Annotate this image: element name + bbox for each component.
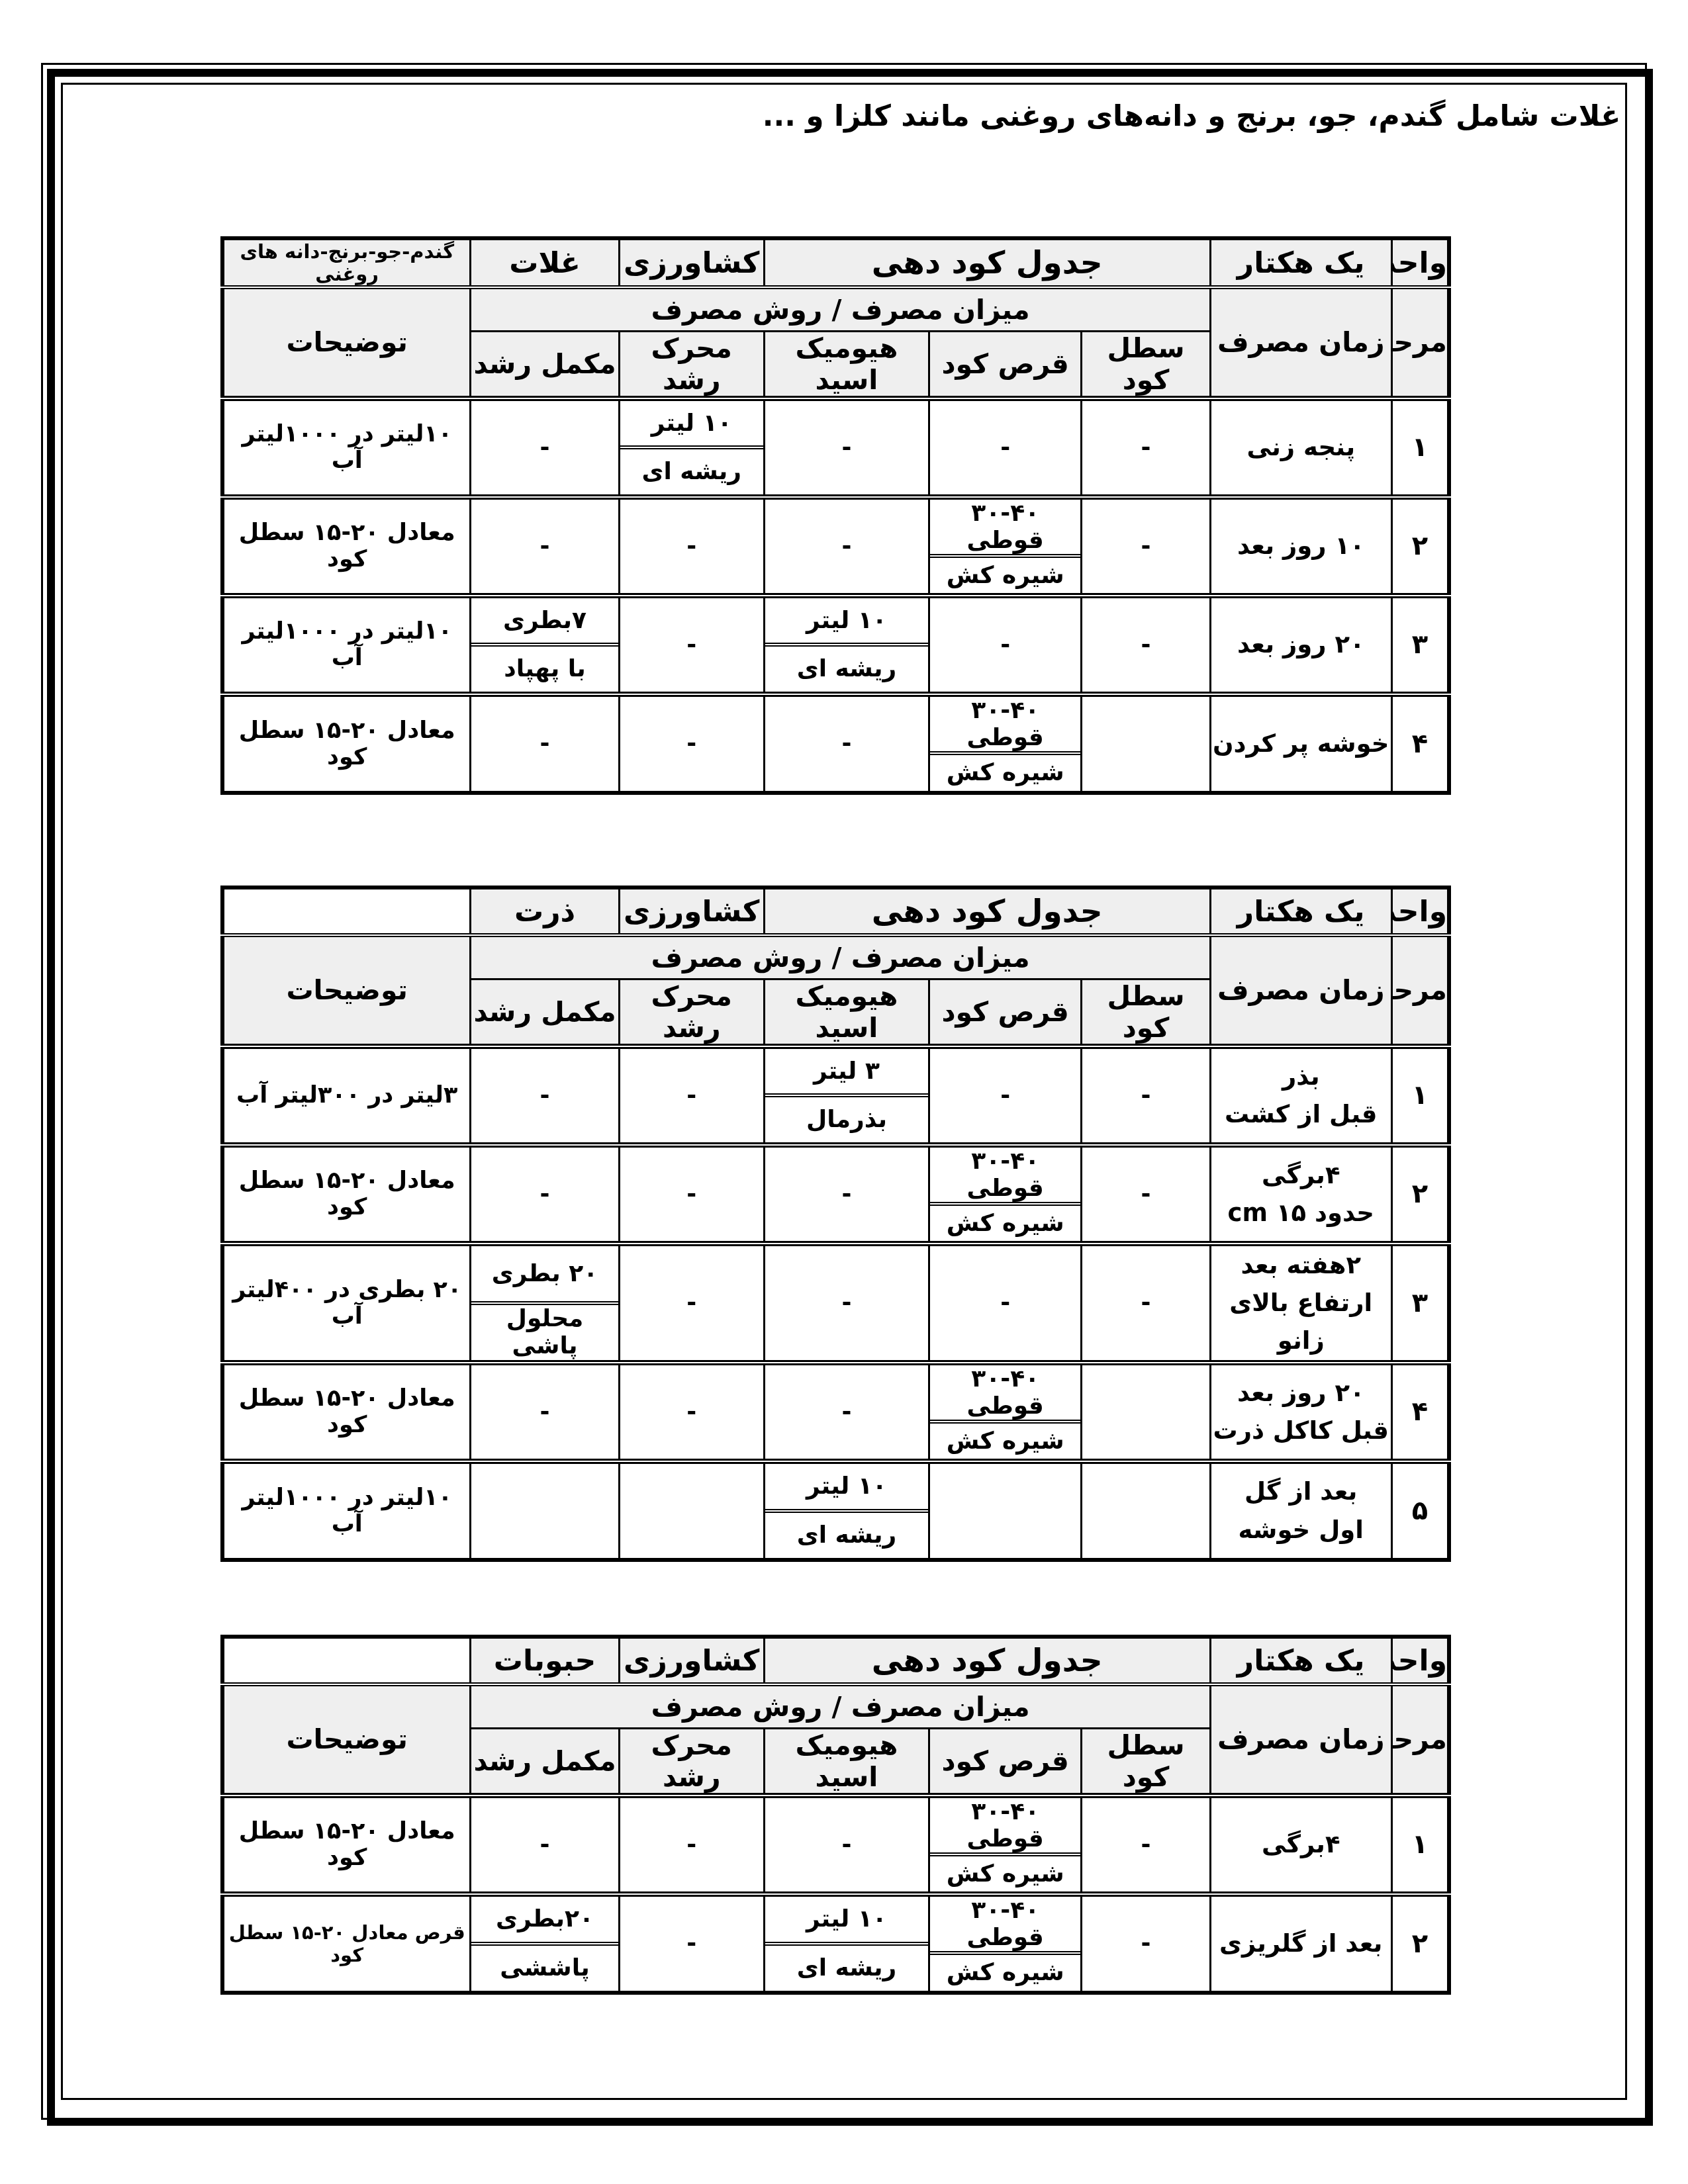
column-header-cell: قرص کود [929, 979, 1082, 1046]
usage-method: شیره کش [930, 1424, 1080, 1459]
table-row: ۴۲۰ روز بعدقبل کاکل ذرت۳۰-۴۰ قوطیشیره کش… [222, 1363, 1449, 1461]
empty-cell [1082, 694, 1210, 793]
time-line: قبل کاکل ذرت [1211, 1412, 1391, 1449]
usage-method: شیره کش [930, 755, 1080, 791]
fertilizer-table-legumes: واحدیک هکتارجدول کود دهیکشاورزیحبوباتمرح… [220, 1635, 1451, 1995]
dash-cell: - [619, 596, 764, 694]
usage-method: ریشه ای [620, 449, 763, 494]
header-row-mid: مرحلهزمان مصرفمیزان مصرف / روش مصرفتوضیح… [222, 287, 1449, 331]
time-cell: ۴برگی [1210, 1796, 1391, 1894]
usage-amount: ۱۰ لیتر [765, 598, 928, 647]
org-cell: کشاورزی [619, 238, 764, 287]
usage-amount: ۳۰-۴۰ قوطی [930, 1365, 1080, 1424]
stage-cell: ۲ [1391, 497, 1449, 596]
usage-amount: ۷بطری [471, 598, 618, 647]
usage-method: پاششی [471, 1946, 618, 1991]
column-header-cell: محرک رشد [619, 979, 764, 1046]
stage-cell: ۲ [1391, 1894, 1449, 1993]
usage-cell: ۳۰-۴۰ قوطیشیره کش [929, 694, 1082, 793]
empty-cell [471, 1461, 619, 1560]
dash-cell: - [471, 1363, 619, 1461]
column-header-cell: هیومیک اسید [764, 979, 929, 1046]
header-note: غلات شامل گندم، جو، برنج و دانه‌های روغن… [695, 99, 1688, 133]
usage-split: ۲۰ بطریمحلول پاشی [471, 1246, 618, 1360]
header-row-top: واحدیک هکتارجدول کود دهیکشاورزیحبوبات [222, 1637, 1449, 1684]
unit-label-cell: واحد [1391, 887, 1449, 935]
time-line: حدود ۱۵ cm [1211, 1194, 1391, 1232]
notes-cell: معادل ۲۰-۱۵ سطل کود [222, 1145, 471, 1244]
notes-cell: ۲۰ بطری در ۴۰۰لیتر آب [222, 1244, 471, 1363]
header-row-mid: مرحلهزمان مصرفمیزان مصرف / روش مصرفتوضیح… [222, 935, 1449, 979]
usage-amount: ۳۰-۴۰ قوطی [930, 1897, 1080, 1955]
time-label-cell: زمان مصرف [1210, 1684, 1391, 1796]
header-row-top: واحدیک هکتارجدول کود دهیکشاورزیذرت [222, 887, 1449, 935]
empty-cell [1082, 1461, 1210, 1560]
stage-cell: ۳ [1391, 596, 1449, 694]
table-row: ۳۲هفته بعدارتفاع بالای زانو----۲۰ بطریمح… [222, 1244, 1449, 1363]
column-header-cell: قرص کود [929, 331, 1082, 398]
usage-method: ریشه ای [765, 647, 928, 692]
time-cell: خوشه پر کردن [1210, 694, 1391, 793]
table-row: ۴خوشه پر کردن۳۰-۴۰ قوطیشیره کش---معادل ۲… [222, 694, 1449, 793]
usage-cell: ۷بطریبا پهپاد [471, 596, 619, 694]
time-line: بعد از گلریزی [1211, 1925, 1391, 1962]
column-header-cell: مکمل رشد [471, 331, 619, 398]
dash-cell: - [1082, 398, 1210, 497]
usage-label-cell: میزان مصرف / روش مصرف [471, 287, 1210, 331]
usage-split: ۷بطریبا پهپاد [471, 598, 618, 692]
dash-cell: - [1082, 596, 1210, 694]
usage-amount: ۱۰ لیتر [765, 1464, 928, 1513]
crop-name-cell: ذرت [471, 887, 619, 935]
usage-cell: ۱۰ لیترریشه ای [764, 596, 929, 694]
table-row: ۲۱۰ روز بعد-۳۰-۴۰ قوطیشیره کش---معادل ۲۰… [222, 497, 1449, 596]
fertilization-table: واحدیک هکتارجدول کود دهیکشاورزیذرتمرحلهز… [220, 886, 1451, 1562]
table-row: ۱پنجه زنی---۱۰ لیترریشه ای-۱۰لیتر در ۱۰۰… [222, 398, 1449, 497]
usage-method: با پهپاد [471, 647, 618, 692]
time-line: ۲۰ روز بعد [1211, 625, 1391, 663]
usage-split: ۳ لیتربذرمال [765, 1049, 928, 1142]
usage-cell: ۲۰ بطریمحلول پاشی [471, 1244, 619, 1363]
column-header-cell: سطل کود [1082, 979, 1210, 1046]
usage-split: ۳۰-۴۰ قوطیشیره کش [930, 500, 1080, 593]
dash-cell: - [1082, 1796, 1210, 1894]
column-header-cell: مکمل رشد [471, 1728, 619, 1796]
dash-cell: - [764, 1796, 929, 1894]
time-cell: ۲هفته بعدارتفاع بالای زانو [1210, 1244, 1391, 1363]
header-row-top: واحدیک هکتارجدول کود دهیکشاورزیغلاتگندم-… [222, 238, 1449, 287]
usage-cell: ۳۰-۴۰ قوطیشیره کش [929, 1145, 1082, 1244]
stage-cell: ۱ [1391, 1046, 1449, 1145]
time-cell: پنجه زنی [1210, 398, 1391, 497]
notes-cell: قرص معادل ۲۰-۱۵ سطل کود [222, 1894, 471, 1993]
unit-value-cell: یک هکتار [1210, 1637, 1391, 1684]
table-row: ۱۴برگی-۳۰-۴۰ قوطیشیره کش---معادل ۲۰-۱۵ س… [222, 1796, 1449, 1894]
usage-amount: ۳۰-۴۰ قوطی [930, 500, 1080, 558]
unit-value-cell: یک هکتار [1210, 887, 1391, 935]
notes-cell: معادل ۲۰-۱۵ سطل کود [222, 1796, 471, 1894]
usage-label-cell: میزان مصرف / روش مصرف [471, 1684, 1210, 1728]
unit-value-cell: یک هکتار [1210, 238, 1391, 287]
dash-cell: - [764, 694, 929, 793]
crop-name-cell: غلات [471, 238, 619, 287]
unit-label-cell: واحد [1391, 238, 1449, 287]
corner-note-cell [222, 1637, 471, 1684]
column-header-cell: محرک رشد [619, 331, 764, 398]
usage-amount: ۳۰-۴۰ قوطی [930, 1148, 1080, 1206]
time-line: بذر [1211, 1058, 1391, 1095]
time-cell: بعد از گلاول خوشه [1210, 1461, 1391, 1560]
usage-amount: ۳۰-۴۰ قوطی [930, 1798, 1080, 1856]
dash-cell: - [929, 1046, 1082, 1145]
usage-method: محلول پاشی [471, 1305, 618, 1360]
usage-method: بذرمال [765, 1097, 928, 1142]
dash-cell: - [619, 1244, 764, 1363]
time-cell: بذرقبل از کشت [1210, 1046, 1391, 1145]
column-header-cell: مکمل رشد [471, 979, 619, 1046]
org-cell: کشاورزی [619, 1637, 764, 1684]
dash-cell: - [471, 694, 619, 793]
time-line: قبل از کشت [1211, 1095, 1391, 1133]
dash-cell: - [764, 398, 929, 497]
stage-cell: ۱ [1391, 1796, 1449, 1894]
empty-cell [929, 1461, 1082, 1560]
column-header-cell: هیومیک اسید [764, 331, 929, 398]
usage-method: ریشه ای [765, 1946, 928, 1991]
time-line: پنجه زنی [1211, 428, 1391, 466]
time-label-cell: زمان مصرف [1210, 287, 1391, 398]
stage-cell: ۳ [1391, 1244, 1449, 1363]
usage-cell: ۳۰-۴۰ قوطیشیره کش [929, 1796, 1082, 1894]
usage-split: ۲۰بطریپاششی [471, 1897, 618, 1991]
usage-method: شیره کش [930, 1206, 1080, 1241]
dash-cell: - [619, 1894, 764, 1993]
crop-name-cell: حبوبات [471, 1637, 619, 1684]
usage-method: شیره کش [930, 1856, 1080, 1891]
usage-cell: ۲۰بطریپاششی [471, 1894, 619, 1993]
corner-note-cell: گندم-جو-برنج-دانه های روغنی [222, 238, 471, 287]
usage-split: ۱۰ لیترریشه ای [620, 401, 763, 494]
notes-cell: ۱۰لیتر در ۱۰۰۰لیتر آب [222, 1461, 471, 1560]
usage-cell: ۱۰ لیترریشه ای [619, 398, 764, 497]
dash-cell: - [1082, 1145, 1210, 1244]
notes-cell: معادل ۲۰-۱۵ سطل کود [222, 694, 471, 793]
time-line: بعد از گل [1211, 1473, 1391, 1510]
column-header-cell: سطل کود [1082, 331, 1210, 398]
empty-cell [619, 1461, 764, 1560]
dash-cell: - [619, 1145, 764, 1244]
time-cell: ۴برگیحدود ۱۵ cm [1210, 1145, 1391, 1244]
dash-cell: - [619, 694, 764, 793]
usage-split: ۱۰ لیترریشه ای [765, 1464, 928, 1558]
fertilizer-table-cereals: واحدیک هکتارجدول کود دهیکشاورزیغلاتگندم-… [220, 236, 1451, 795]
usage-method: شیره کش [930, 1955, 1080, 1991]
dash-cell: - [764, 1363, 929, 1461]
usage-split: ۱۰ لیترریشه ای [765, 598, 928, 692]
org-cell: کشاورزی [619, 887, 764, 935]
usage-cell: ۳۰-۴۰ قوطیشیره کش [929, 1363, 1082, 1461]
time-cell: ۲۰ روز بعد [1210, 596, 1391, 694]
stage-label-cell: مرحله [1391, 287, 1449, 398]
notes-cell: معادل ۲۰-۱۵ سطل کود [222, 497, 471, 596]
notes-cell: ۳لیتر در ۳۰۰لیتر آب [222, 1046, 471, 1145]
dash-cell: - [1082, 1894, 1210, 1993]
stage-cell: ۵ [1391, 1461, 1449, 1560]
stage-cell: ۴ [1391, 694, 1449, 793]
column-header-cell: قرص کود [929, 1728, 1082, 1796]
dash-cell: - [1082, 1046, 1210, 1145]
stage-cell: ۲ [1391, 1145, 1449, 1244]
fertilization-table: واحدیک هکتارجدول کود دهیکشاورزیغلاتگندم-… [220, 236, 1451, 795]
time-line: ارتفاع بالای زانو [1211, 1284, 1391, 1360]
usage-cell: ۳۰-۴۰ قوطیشیره کش [929, 1894, 1082, 1993]
stage-label-cell: مرحله [1391, 1684, 1449, 1796]
notes-label-cell: توضیحات [222, 935, 471, 1046]
time-line: ۴برگی [1211, 1825, 1391, 1863]
dash-cell: - [929, 398, 1082, 497]
dash-cell: - [619, 1363, 764, 1461]
column-header-cell: هیومیک اسید [764, 1728, 929, 1796]
stage-cell: ۱ [1391, 398, 1449, 497]
usage-method: شیره کش [930, 558, 1080, 593]
usage-label-cell: میزان مصرف / روش مصرف [471, 935, 1210, 979]
table-row: ۲بعد از گلریزی-۳۰-۴۰ قوطیشیره کش۱۰ لیترر… [222, 1894, 1449, 1993]
header-row-mid: مرحلهزمان مصرفمیزان مصرف / روش مصرفتوضیح… [222, 1684, 1449, 1728]
dash-cell: - [471, 398, 619, 497]
usage-amount: ۱۰ لیتر [620, 401, 763, 450]
time-line: ۴برگی [1211, 1156, 1391, 1194]
time-label-cell: زمان مصرف [1210, 935, 1391, 1046]
usage-cell: ۳ لیتربذرمال [764, 1046, 929, 1145]
dash-cell: - [764, 1145, 929, 1244]
dash-cell: - [764, 497, 929, 596]
usage-amount: ۳۰-۴۰ قوطی [930, 697, 1080, 755]
table-row: ۱بذرقبل از کشت--۳ لیتربذرمال--۳لیتر در ۳… [222, 1046, 1449, 1145]
table-row: ۵بعد از گلاول خوشه۱۰ لیترریشه ای۱۰لیتر د… [222, 1461, 1449, 1560]
notes-cell: معادل ۲۰-۱۵ سطل کود [222, 1363, 471, 1461]
corner-note-cell [222, 887, 471, 935]
stage-label-cell: مرحله [1391, 935, 1449, 1046]
column-header-cell: سطل کود [1082, 1728, 1210, 1796]
fertilizer-table-corn: واحدیک هکتارجدول کود دهیکشاورزیذرتمرحلهز… [220, 886, 1451, 1562]
usage-amount: ۲۰ بطری [471, 1246, 618, 1305]
usage-split: ۳۰-۴۰ قوطیشیره کش [930, 697, 1080, 791]
usage-split: ۳۰-۴۰ قوطیشیره کش [930, 1798, 1080, 1891]
usage-split: ۳۰-۴۰ قوطیشیره کش [930, 1148, 1080, 1241]
usage-method: ریشه ای [765, 1513, 928, 1558]
usage-split: ۱۰ لیترریشه ای [765, 1897, 928, 1991]
fertilization-table: واحدیک هکتارجدول کود دهیکشاورزیحبوباتمرح… [220, 1635, 1451, 1995]
empty-cell [1082, 1363, 1210, 1461]
usage-amount: ۱۰ لیتر [765, 1897, 928, 1946]
dash-cell: - [471, 1796, 619, 1894]
time-line: ۱۰ روز بعد [1211, 527, 1391, 565]
time-cell: ۲۰ روز بعدقبل کاکل ذرت [1210, 1363, 1391, 1461]
notes-label-cell: توضیحات [222, 1684, 471, 1796]
usage-cell: ۱۰ لیترریشه ای [764, 1894, 929, 1993]
notes-cell: ۱۰لیتر در ۱۰۰۰لیتر آب [222, 596, 471, 694]
dash-cell: - [619, 1796, 764, 1894]
dash-cell: - [929, 1244, 1082, 1363]
dash-cell: - [471, 1145, 619, 1244]
dash-cell: - [471, 497, 619, 596]
time-line: ۲۰ روز بعد [1211, 1374, 1391, 1412]
stage-cell: ۴ [1391, 1363, 1449, 1461]
table-row: ۳۲۰ روز بعد--۱۰ لیترریشه ای-۷بطریبا پهپا… [222, 596, 1449, 694]
dash-cell: - [471, 1046, 619, 1145]
usage-cell: ۱۰ لیترریشه ای [764, 1461, 929, 1560]
document-page: غلات شامل گندم، جو، برنج و دانه‌های روغن… [0, 0, 1688, 2184]
column-header-cell: محرک رشد [619, 1728, 764, 1796]
dash-cell: - [929, 596, 1082, 694]
usage-cell: ۳۰-۴۰ قوطیشیره کش [929, 497, 1082, 596]
dash-cell: - [1082, 1244, 1210, 1363]
table-title-cell: جدول کود دهی [764, 238, 1210, 287]
time-line: ۲هفته بعد [1211, 1246, 1391, 1284]
table-row: ۲۴برگیحدود ۱۵ cm-۳۰-۴۰ قوطیشیره کش---معا… [222, 1145, 1449, 1244]
dash-cell: - [764, 1244, 929, 1363]
dash-cell: - [619, 1046, 764, 1145]
time-line: خوشه پر کردن [1211, 725, 1391, 762]
table-title-cell: جدول کود دهی [764, 1637, 1210, 1684]
unit-label-cell: واحد [1391, 1637, 1449, 1684]
time-cell: بعد از گلریزی [1210, 1894, 1391, 1993]
usage-split: ۳۰-۴۰ قوطیشیره کش [930, 1365, 1080, 1459]
usage-amount: ۲۰بطری [471, 1897, 618, 1946]
dash-cell: - [1082, 497, 1210, 596]
dash-cell: - [619, 497, 764, 596]
usage-split: ۳۰-۴۰ قوطیشیره کش [930, 1897, 1080, 1991]
time-line: اول خوشه [1211, 1511, 1391, 1549]
notes-label-cell: توضیحات [222, 287, 471, 398]
notes-cell: ۱۰لیتر در ۱۰۰۰لیتر آب [222, 398, 471, 497]
table-title-cell: جدول کود دهی [764, 887, 1210, 935]
usage-amount: ۳ لیتر [765, 1049, 928, 1098]
time-cell: ۱۰ روز بعد [1210, 497, 1391, 596]
